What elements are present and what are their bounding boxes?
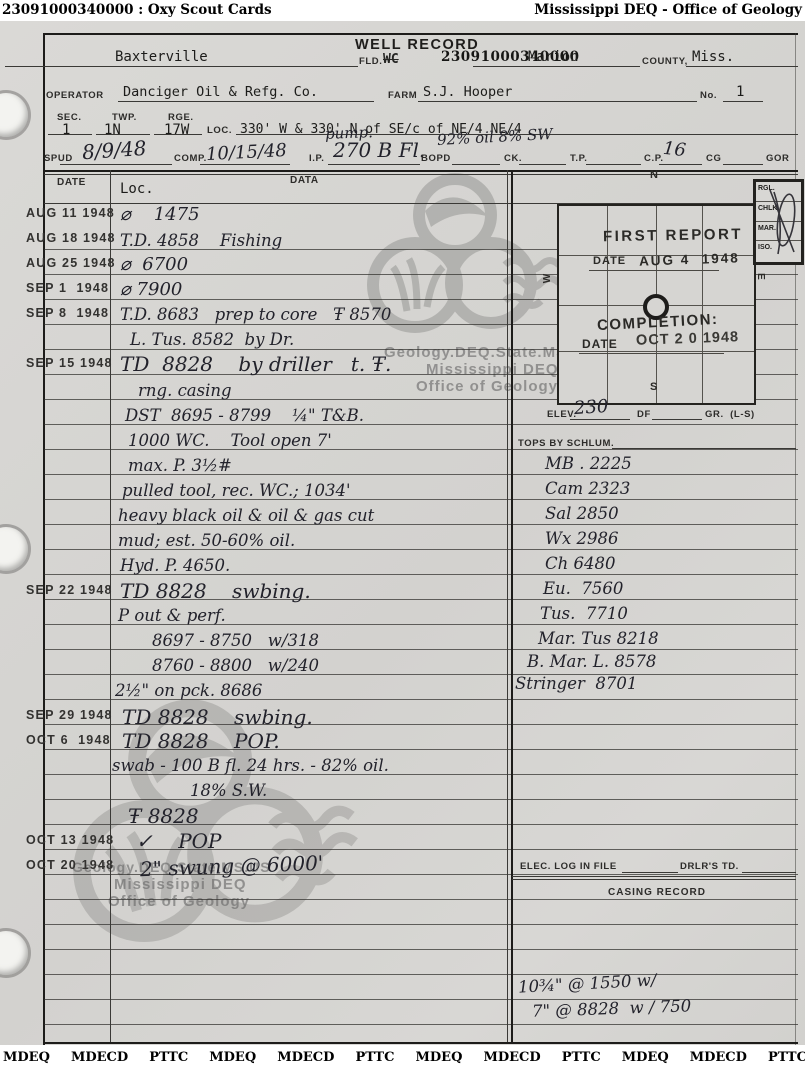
top-entry: Wx 2986 bbox=[545, 529, 619, 548]
cp-label: C.P. bbox=[644, 153, 664, 164]
underline bbox=[686, 66, 798, 67]
hole-punch-icon bbox=[0, 93, 28, 137]
completion-date-label: DATE bbox=[582, 337, 618, 351]
log-date: AUG 25 1948 bbox=[26, 256, 116, 270]
top-entry: Sal 2850 bbox=[545, 504, 619, 523]
elev-value: 230 bbox=[573, 396, 609, 419]
scanned-well-record-card: Geology.DEQ.State.MS.US Mississippi DEQ … bbox=[0, 21, 805, 1045]
df-label: DF bbox=[637, 409, 651, 420]
double-rule bbox=[512, 879, 796, 880]
underline bbox=[154, 134, 202, 135]
rge-value: 17W bbox=[164, 122, 189, 138]
plat-grid-line bbox=[559, 351, 754, 352]
bopd-label: BOPD bbox=[421, 153, 451, 164]
casing-record-header: CASING RECORD bbox=[608, 887, 706, 898]
log-data: P out & perf. bbox=[118, 606, 226, 625]
date-column-separator bbox=[110, 170, 111, 1042]
elec-log-label: ELEC. LOG IN FILE bbox=[520, 861, 617, 872]
log-data: TD 8828 POP. bbox=[122, 729, 280, 753]
underline bbox=[652, 419, 702, 420]
first-report-stamp: FIRST REPORT bbox=[603, 226, 743, 245]
underline bbox=[589, 270, 719, 271]
underline bbox=[118, 101, 374, 102]
log-date: SEP 1 1948 bbox=[26, 281, 109, 295]
section-separator bbox=[511, 170, 513, 1042]
top-entry: Stringer 8701 bbox=[515, 674, 637, 693]
log-date: SEP 15 1948 bbox=[26, 356, 113, 370]
log-data: 8697 - 8750 w/318 bbox=[152, 631, 319, 650]
sec-value: 1 bbox=[62, 122, 70, 138]
top-entry: Mar. Tus 8218 bbox=[538, 629, 659, 648]
log-data: 18% S.W. bbox=[190, 781, 267, 800]
log-data: TD 8828 by driller t. Ŧ. bbox=[120, 352, 391, 376]
gr-label: GR. (L-S) bbox=[705, 409, 755, 420]
well-number-label: No. bbox=[700, 90, 717, 101]
top-entry: Eu. 7560 bbox=[543, 579, 623, 598]
log-data: ⌀ 1475 bbox=[120, 204, 200, 225]
first-report-date-label: DATE bbox=[593, 255, 626, 267]
top-entry: Tus. 7710 bbox=[540, 604, 628, 623]
top-entry: B. Mar. L. 8578 bbox=[527, 652, 656, 671]
field-name-value: Baxterville bbox=[115, 49, 208, 65]
log-data: pulled tool, rec. WC.; 1034' bbox=[122, 481, 351, 500]
log-date: OCT 20 1948 bbox=[26, 858, 114, 872]
underline bbox=[622, 872, 678, 873]
underline bbox=[586, 164, 641, 165]
underline bbox=[328, 164, 420, 165]
date-column-header: DATE bbox=[57, 177, 86, 188]
log-date: OCT 13 1948 bbox=[26, 833, 114, 847]
plat-west-label: W bbox=[542, 274, 553, 283]
fld-label: FLD. bbox=[359, 56, 383, 67]
underline bbox=[659, 164, 702, 165]
underline bbox=[60, 164, 172, 165]
log-date: SEP 22 1948 bbox=[26, 583, 113, 597]
underline bbox=[452, 164, 500, 165]
log-data: heavy black oil & oil & gas cut bbox=[118, 506, 374, 525]
underline bbox=[612, 448, 796, 449]
farm-label: FARM bbox=[388, 90, 417, 101]
log-data: ⌀ 6700 bbox=[120, 254, 188, 275]
log-data: rng. casing bbox=[138, 381, 232, 400]
log-data: DST 8695 - 8799 ¼" T&B. bbox=[125, 406, 364, 425]
ip-value: 270 B Fl. bbox=[333, 138, 425, 162]
loc-label: LOC. bbox=[207, 125, 232, 136]
log-data: TD 8828 swbing. bbox=[122, 705, 313, 729]
legend-handwritten-marks bbox=[764, 182, 801, 262]
log-data: 8760 - 8800 w/240 bbox=[152, 656, 319, 675]
tp-label: T.P. bbox=[570, 153, 588, 164]
log-data: max. P. 3½# bbox=[128, 456, 232, 475]
log-data: ✓ POP bbox=[136, 829, 222, 853]
footer-bar: MDEQ MDECD PTTC MDEQ MDECD PTTC MDEQ MDE… bbox=[0, 1045, 805, 1067]
log-data: swab - 100 B fl. 24 hrs. - 82% oil. bbox=[112, 756, 389, 775]
underline bbox=[200, 164, 290, 165]
first-report-date-stamp: AUG 4 1948 bbox=[639, 250, 740, 269]
county-label: COUNTY, bbox=[642, 56, 688, 67]
farm-value: S.J. Hooper bbox=[423, 84, 512, 100]
underline bbox=[723, 164, 763, 165]
log-data: T.D. 8683 prep to core Ŧ 8570 bbox=[120, 305, 391, 324]
county-value: Marion bbox=[528, 49, 579, 65]
location-plat: FIRST REPORT DATE AUG 4 1948 COMPLETION:… bbox=[557, 204, 756, 405]
log-data: Ŧ 8828 bbox=[128, 804, 199, 828]
underline bbox=[418, 101, 697, 102]
twp-value: 1N bbox=[104, 122, 121, 138]
log-date: AUG 18 1948 bbox=[26, 231, 116, 245]
underline bbox=[96, 134, 150, 135]
table-top-rule bbox=[44, 174, 798, 175]
comp-value: 10/15/48 bbox=[206, 140, 288, 165]
log-date: SEP 29 1948 bbox=[26, 708, 113, 722]
underline bbox=[473, 66, 640, 67]
drlrs-td-label: DRLR'S TD. bbox=[680, 861, 739, 872]
log-data: mud; est. 50-60% oil. bbox=[118, 531, 295, 550]
top-bar: 23091000340000 : Oxy Scout Cards Mississ… bbox=[0, 0, 805, 21]
double-rule bbox=[512, 876, 796, 877]
ip-label: I.P. bbox=[309, 153, 324, 164]
log-data: 2½" on pck. 8686 bbox=[115, 681, 262, 700]
fld-struck-value: WC bbox=[383, 52, 399, 67]
underline bbox=[742, 872, 796, 873]
log-date: SEP 8 1948 bbox=[26, 306, 109, 320]
log-data: ⌀ 7900 bbox=[120, 279, 182, 300]
top-entry: Cam 2323 bbox=[545, 479, 630, 498]
log-data: T.D. 4858 Fishing bbox=[120, 231, 282, 250]
operator-label: OPERATOR bbox=[46, 90, 104, 101]
log-date: AUG 11 1948 bbox=[26, 206, 115, 220]
loc-note: Loc. bbox=[120, 181, 154, 197]
well-number-value: 1 bbox=[736, 84, 744, 100]
card-top-edge bbox=[43, 33, 798, 35]
log-data: 1000 WC. Tool open 7' bbox=[128, 431, 332, 450]
top-entry: Ch 6480 bbox=[545, 554, 616, 573]
top-entry: MB . 2225 bbox=[545, 454, 632, 473]
plat-south-label: S bbox=[650, 381, 657, 393]
underline bbox=[723, 101, 763, 102]
log-data: TD 8828 swbing. bbox=[120, 579, 311, 603]
underline bbox=[519, 164, 566, 165]
spud-label: SPUD bbox=[44, 153, 73, 164]
operator-value: Danciger Oil & Refg. Co. bbox=[123, 84, 318, 100]
underline bbox=[570, 419, 630, 420]
log-data: Hyd. P. 4650. bbox=[120, 556, 230, 575]
comp-label: COMP. bbox=[174, 153, 207, 164]
section-separator bbox=[507, 170, 508, 1042]
hole-punch-icon bbox=[0, 931, 28, 975]
footer-text: MDEQ MDECD PTTC MDEQ MDECD PTTC MDEQ MDE… bbox=[3, 1050, 803, 1065]
table-top-rule bbox=[44, 170, 798, 172]
plat-east-label: E bbox=[755, 273, 766, 280]
ck-label: CK. bbox=[504, 153, 522, 164]
underline bbox=[48, 134, 92, 135]
underline bbox=[5, 66, 358, 67]
tops-label: TOPS BY SCHLUM. bbox=[518, 438, 614, 449]
completion-date-stamp: OCT 2 0 1948 bbox=[636, 329, 740, 349]
underline bbox=[579, 353, 724, 354]
document-id-title: 23091000340000 : Oxy Scout Cards bbox=[2, 2, 272, 18]
state-value: Miss. bbox=[692, 49, 734, 65]
cg-label: CG bbox=[706, 153, 721, 164]
plat-north-label: N bbox=[650, 169, 658, 181]
hole-punch-icon bbox=[0, 527, 28, 571]
log-date: OCT 6 1948 bbox=[26, 733, 111, 747]
agency-title: Mississippi DEQ - Office of Geology bbox=[534, 2, 802, 18]
data-column-header: DATA bbox=[290, 175, 319, 186]
spud-value: 8/9/48 bbox=[81, 136, 147, 164]
log-data: L. Tus. 8582 by Dr. bbox=[130, 330, 294, 349]
cp-value: 16 bbox=[662, 138, 687, 161]
plat-legend-box: RGL. CHLK. MAR. ISO. bbox=[753, 179, 804, 265]
gor-label: GOR bbox=[766, 153, 789, 164]
